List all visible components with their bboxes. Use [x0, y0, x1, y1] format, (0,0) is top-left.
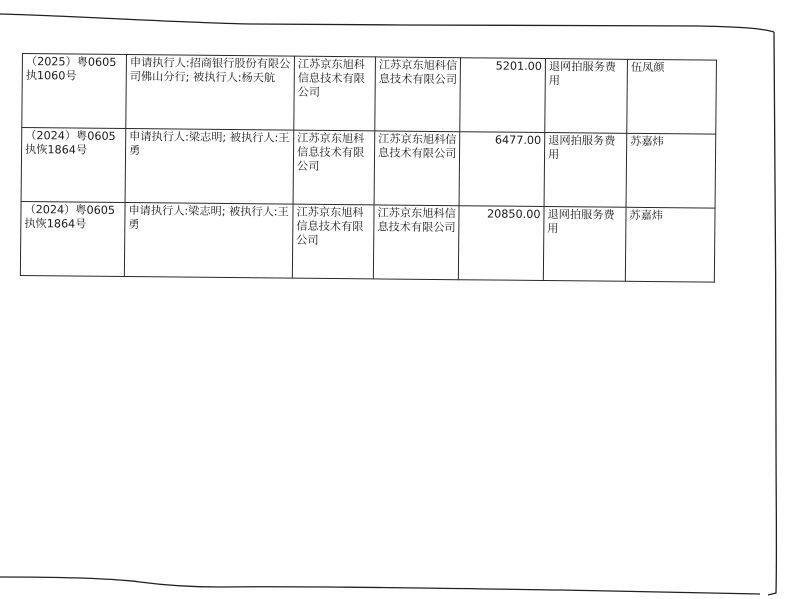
company-cell: 江苏京东旭科信息技术有限公司: [373, 205, 459, 280]
parties-cell: 申请执行人:梁志明; 被执行人:王勇: [124, 202, 293, 278]
page-bottom-edge: [0, 577, 760, 594]
reason-cell: 退网拍服务费用: [543, 207, 626, 282]
company-cell: 江苏京东旭科信息技术有限公司: [294, 56, 376, 131]
amount-cell: 20850.00: [458, 206, 544, 281]
company-cell: 江苏京东旭科信息技术有限公司: [292, 204, 374, 279]
table-row: （2024）粤0605执恢1864号 申请执行人:梁志明; 被执行人:王勇 江苏…: [20, 201, 715, 282]
amount-cell: 6477.00: [459, 132, 545, 207]
company-cell: 江苏京东旭科信息技术有限公司: [375, 57, 461, 132]
handler-cell: 伍凤颜: [627, 59, 717, 134]
table-row: （2024）粤0605执恢1864号 申请执行人:梁志明; 被执行人:王勇 江苏…: [21, 128, 716, 209]
case-number-cell: （2024）粤0605执恢1864号: [20, 201, 125, 276]
case-number-cell: （2024）粤0605执恢1864号: [21, 128, 126, 203]
table-row: （2025）粤0605执1060号 申请执行人:招商银行股份有限公司佛山分行; …: [22, 54, 717, 135]
page-right-edge: [768, 32, 776, 595]
parties-cell: 申请执行人:招商银行股份有限公司佛山分行; 被执行人:杨天航: [126, 55, 295, 131]
reason-cell: 退网拍服务费用: [544, 133, 627, 208]
enforcement-fee-table: （2025）粤0605执1060号 申请执行人:招商银行股份有限公司佛山分行; …: [20, 53, 717, 283]
handler-cell: 苏嘉炜: [625, 207, 715, 282]
page-top-edge: [0, 14, 774, 32]
case-number-cell: （2025）粤0605执1060号: [22, 54, 127, 129]
document-table-container: （2025）粤0605执1060号 申请执行人:招商银行股份有限公司佛山分行; …: [20, 53, 716, 283]
handler-cell: 苏嘉炜: [626, 133, 716, 208]
parties-cell: 申请执行人:梁志明; 被执行人:王勇: [125, 128, 294, 204]
amount-cell: 5201.00: [460, 58, 546, 133]
reason-cell: 退网拍服务费用: [545, 59, 628, 134]
company-cell: 江苏京东旭科信息技术有限公司: [293, 130, 375, 205]
company-cell: 江苏京东旭科信息技术有限公司: [374, 131, 460, 206]
